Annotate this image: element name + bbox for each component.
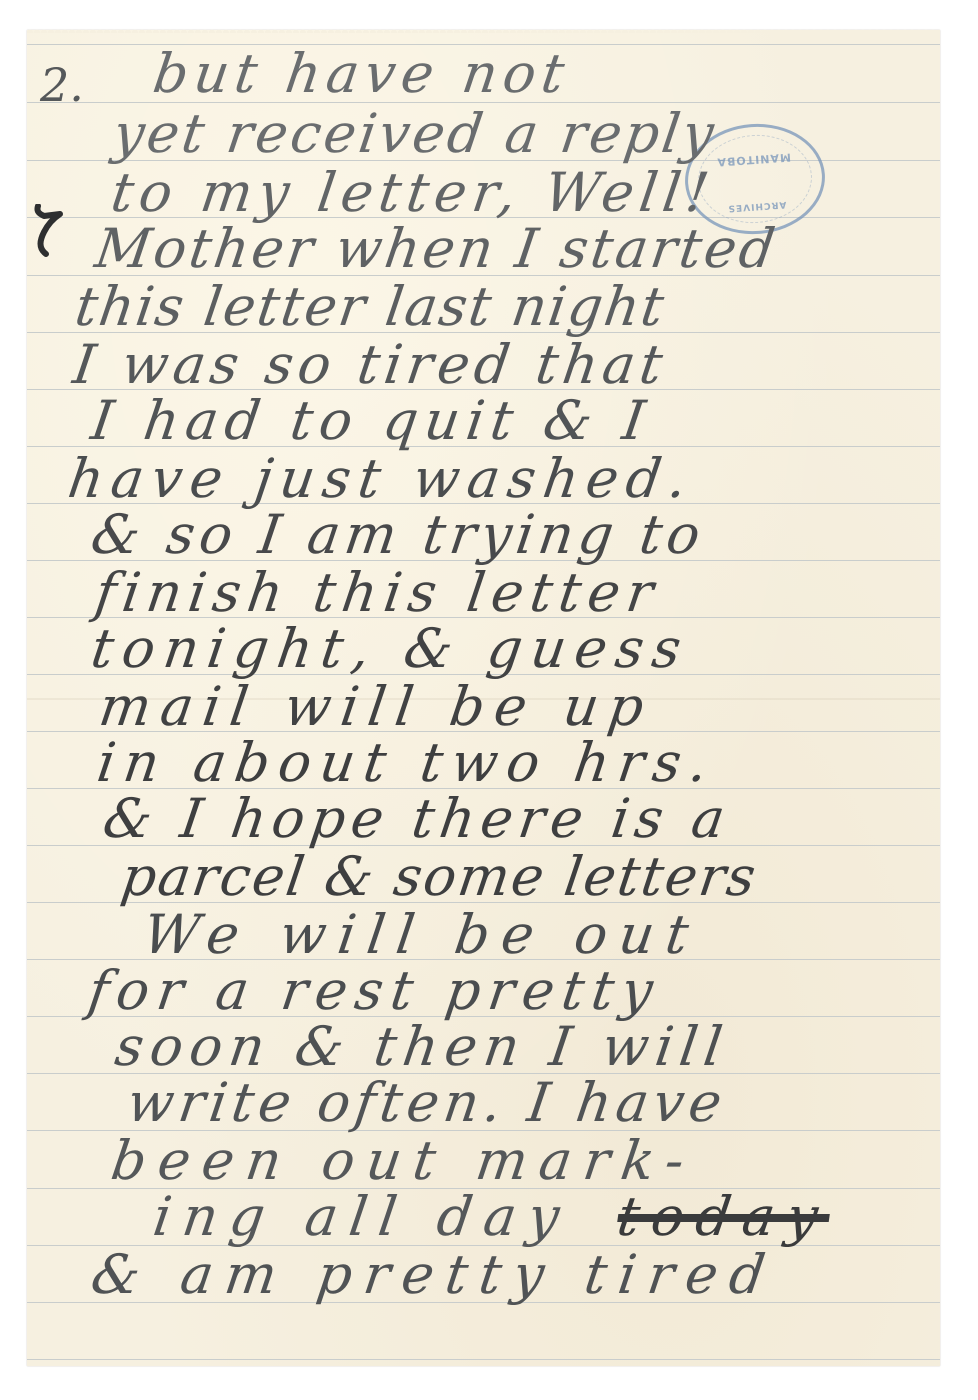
struck-word: today	[614, 1185, 834, 1248]
handwritten-line: been out mark-	[108, 1134, 699, 1188]
page-number: 2.	[40, 58, 84, 112]
handwritten-line: & am pretty tired	[88, 1248, 780, 1302]
handwritten-line: soon & then I will	[112, 1020, 732, 1074]
handwritten-line: for a rest pretty	[85, 964, 664, 1018]
handwritten-line: in about two hrs.	[94, 736, 720, 790]
handwritten-line: to my letter, Well!	[108, 166, 718, 220]
handwritten-line: have just washed.	[65, 452, 698, 506]
handwritten-line: & so I am trying to	[88, 508, 708, 562]
handwritten-line: yet received a reply	[110, 107, 720, 161]
handwritten-line: We will be out	[140, 908, 704, 962]
handwritten-line: ing all day today	[150, 1190, 833, 1244]
ruled-line	[27, 1359, 940, 1360]
handwritten-line: tonight, & guess	[88, 622, 693, 676]
handwritten-line: this letter last night	[72, 280, 669, 334]
handwritten-line: I was so tired that	[70, 338, 671, 392]
perforated-top-edge	[27, 27, 940, 33]
handwritten-line: finish this letter	[92, 566, 664, 620]
handwritten-line: write often. I have	[124, 1076, 730, 1130]
handwritten-line: Mother when I started	[92, 222, 781, 276]
margin-mark-icon	[30, 204, 70, 264]
handwritten-line: mail will be up	[96, 680, 657, 734]
handwritten-line: & I hope there is a	[100, 792, 734, 846]
handwritten-line: but have not	[150, 47, 573, 101]
handwritten-line-text: ing all day	[149, 1185, 575, 1248]
handwritten-line: I had to quit & I	[88, 394, 655, 448]
handwritten-line: parcel & some letters	[118, 850, 761, 904]
